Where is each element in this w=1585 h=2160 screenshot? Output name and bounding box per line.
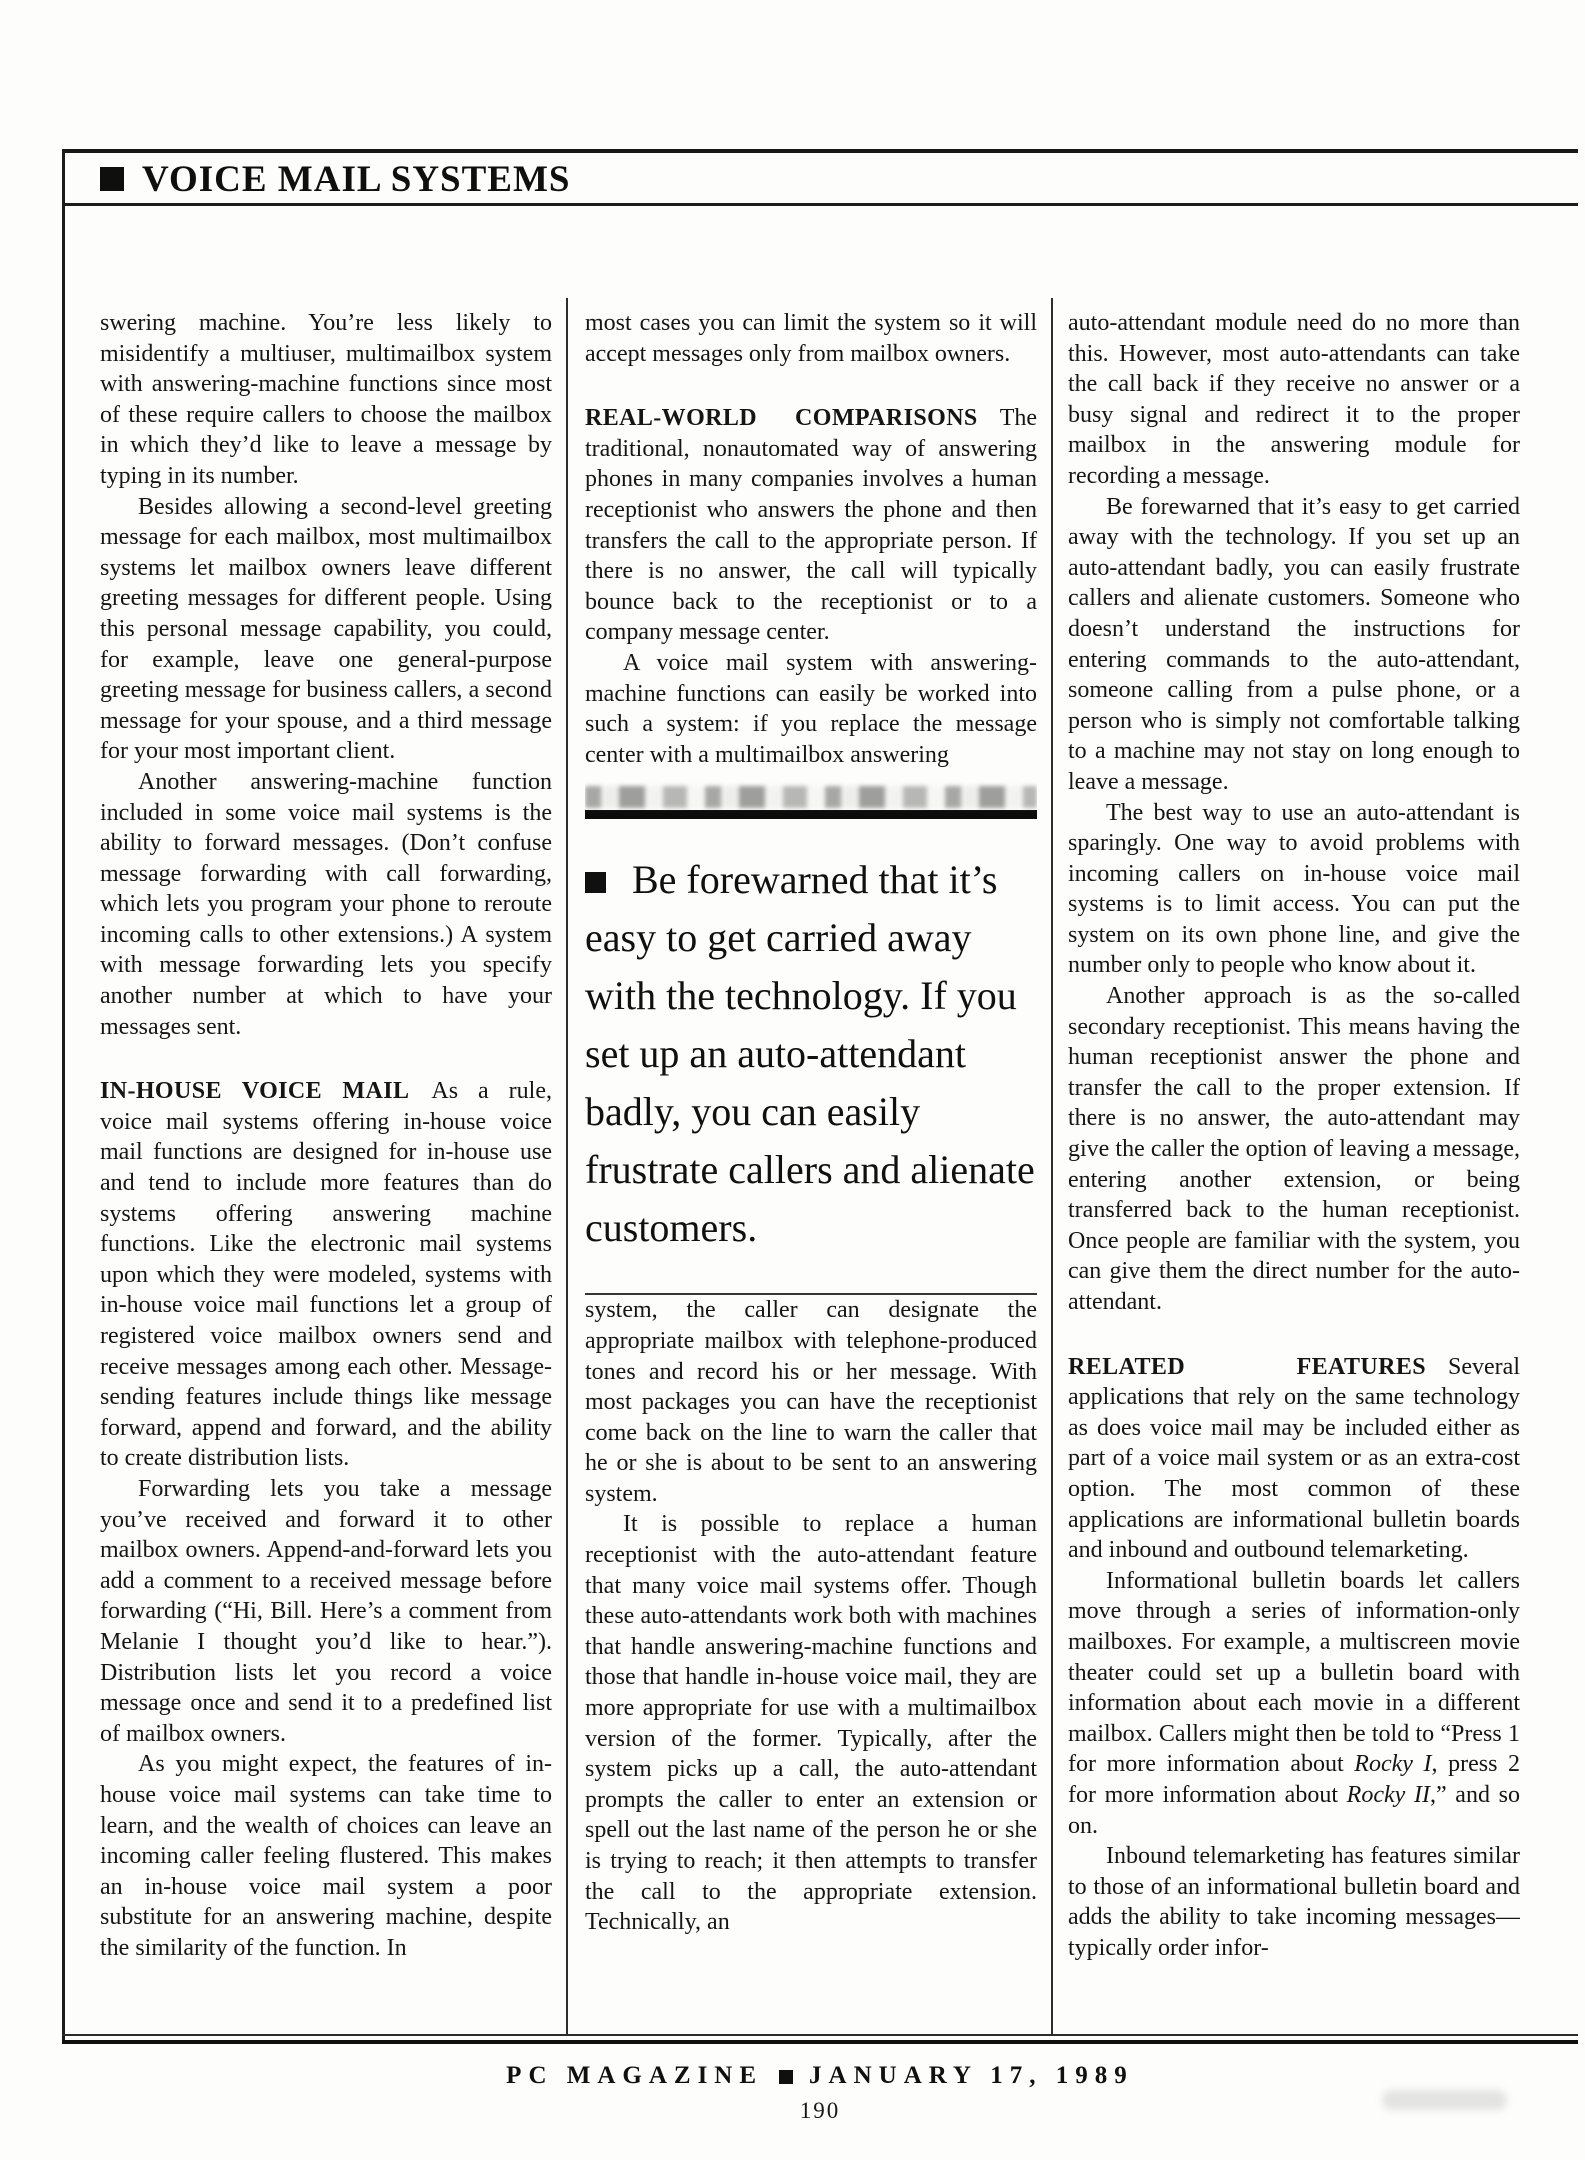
masthead-rule-bottom [62, 203, 1578, 206]
paragraph: It is possible to replace a human recept… [585, 1509, 1037, 1937]
square-bullet-icon [100, 167, 124, 191]
page-title: VOICE MAIL SYSTEMS [142, 158, 570, 201]
paragraph: IN-HOUSE VOICE MAILAs a rule, voice mail… [100, 1076, 552, 1474]
movie-title-italic: Rocky I [1354, 1751, 1431, 1777]
paragraph: Another approach is as the so-called sec… [1068, 981, 1520, 1318]
paragraph: system, the caller can designate the app… [585, 1295, 1037, 1509]
paragraph-text: The traditional, nonautomated way of ans… [585, 405, 1037, 645]
movie-title-italic: Rocky II [1347, 1782, 1430, 1808]
paragraph: most cases you can limit the system so i… [585, 308, 1037, 369]
scan-noise-strip [585, 786, 1037, 808]
bottom-rule-thick [62, 2040, 1578, 2044]
section-heading: RELATED FEATURES [1068, 1354, 1426, 1380]
paragraph: RELATED FEATURESSeveral applications tha… [1068, 1352, 1520, 1566]
section-heading: REAL-WORLD COMPARISONS [585, 405, 978, 431]
bottom-rule-thin [62, 2034, 1578, 2036]
paragraph: Informational bulletin boards let caller… [1068, 1566, 1520, 1841]
square-bullet-icon [585, 872, 606, 893]
article-column-2: most cases you can limit the system so i… [585, 308, 1037, 2036]
paragraph: Besides allowing a second-level greeting… [100, 492, 552, 767]
page-number: 190 [62, 2098, 1578, 2124]
scan-smudge [1382, 2090, 1507, 2110]
square-bullet-icon [779, 2070, 793, 2084]
page-left-border [62, 149, 65, 2044]
pull-quote-text: Be forewarned that it’s easy to get carr… [585, 857, 1035, 1250]
footer: PC MAGAZINEJANUARY 17, 1989 [62, 2062, 1578, 2090]
paragraph-text: Several applications that rely on the sa… [1068, 1354, 1520, 1564]
paragraph: Inbound telemarketing has features simil… [1068, 1841, 1520, 1963]
article-column-1: swering machine. You’re less likely to m… [100, 308, 552, 2036]
paragraph: Another answering-machine function inclu… [100, 767, 552, 1042]
paragraph: swering machine. You’re less likely to m… [100, 308, 552, 492]
paragraph-text: Informational bulletin boards let caller… [1068, 1568, 1520, 1778]
article-column-3: auto-attendant module need do no more th… [1068, 308, 1520, 2036]
masthead-rule-top [62, 149, 1578, 153]
pull-quote-rule-top [585, 810, 1037, 819]
column-divider [1051, 298, 1053, 2036]
section-heading: IN-HOUSE VOICE MAIL [100, 1078, 409, 1104]
paragraph: REAL-WORLD COMPARISONSThe traditional, n… [585, 403, 1037, 648]
masthead: VOICE MAIL SYSTEMS [100, 156, 570, 202]
paragraph: As you might expect, the features of in-… [100, 1749, 552, 1963]
footer-magazine: PC MAGAZINE [506, 2062, 763, 2089]
paragraph: The best way to use an auto-attendant is… [1068, 798, 1520, 982]
paragraph: auto-attendant module need do no more th… [1068, 308, 1520, 492]
paragraph: Forwarding lets you take a message you’v… [100, 1474, 552, 1749]
pull-quote: Be forewarned that it’s easy to get carr… [585, 851, 1037, 1257]
column-divider [566, 298, 568, 2036]
footer-date: JANUARY 17, 1989 [809, 2062, 1134, 2089]
paragraph-text: As a rule, voice mail systems offering i… [100, 1078, 552, 1471]
magazine-page: VOICE MAIL SYSTEMS swering machine. You’… [0, 0, 1585, 2160]
paragraph: Be forewarned that it’s easy to get carr… [1068, 492, 1520, 798]
paragraph: A voice mail system with answering-machi… [585, 648, 1037, 770]
